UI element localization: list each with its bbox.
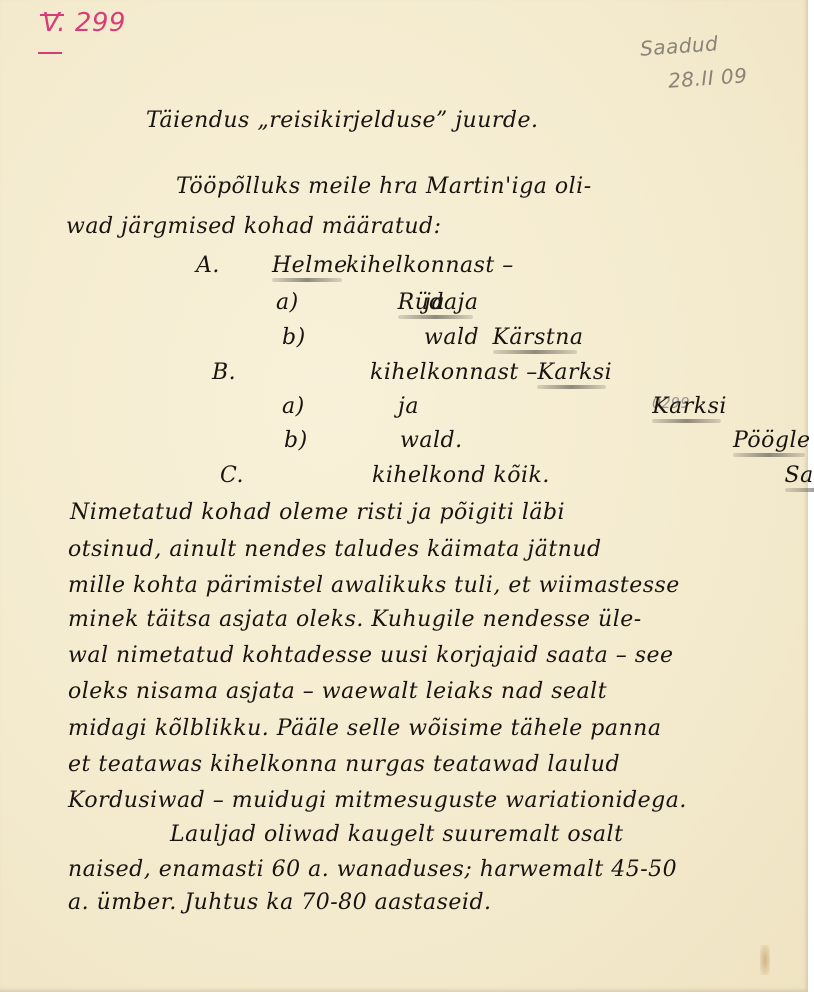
section-a-item-b-marker: b) xyxy=(282,325,306,350)
section-b-item-b-suffix: wald. xyxy=(400,428,463,453)
archive-mark-overline xyxy=(40,14,64,16)
section-a-parish-suffix: kihelkonnast – xyxy=(346,253,514,278)
received-note-word: Saadud xyxy=(639,31,719,60)
manuscript-page: V. 299 Saadud 28.II 09 0299 Täiendus „re… xyxy=(0,0,808,992)
section-b-item-a-suffix: ja xyxy=(398,394,419,419)
archive-mark: V. 299 xyxy=(42,8,126,38)
intro-line-2: wad järgmised kohad määratud: xyxy=(66,214,442,239)
body-line: Nimetatud kohad oleme risti ja põigiti l… xyxy=(70,500,565,525)
section-b-item-b-name: Pöögle xyxy=(733,428,811,453)
section-b-item-b-marker: b) xyxy=(284,428,308,453)
section-a-parish: Helme xyxy=(272,253,348,278)
archive-mark-underline xyxy=(38,52,62,54)
body-line: Kordusiwad – muidugi mitmesuguste wariat… xyxy=(68,788,687,813)
section-letter-a: A. xyxy=(196,253,220,278)
section-letter-c: C. xyxy=(220,463,244,488)
body-line: minek täitsa asjata oleks. Kuhugile nend… xyxy=(68,607,642,632)
body-line: otsinud, ainult nendes taludes käimata j… xyxy=(68,537,602,562)
received-note-date: 28.II 09 xyxy=(667,63,748,92)
section-letter-b: B. xyxy=(212,360,236,385)
body-line: naised, enamasti 60 a. wanaduses; harwem… xyxy=(68,857,677,882)
section-a-item-b-suffix: wald xyxy=(424,325,479,350)
section-b-item-a-name: Karksi xyxy=(652,394,727,419)
section-a-item-a-suffix: ja xyxy=(424,290,445,315)
body-line: a. ümber. Juhtus ka 70-80 aastaseid. xyxy=(68,890,492,915)
body-line: mille kohta pärimistel awalikuks tuli, e… xyxy=(68,573,680,598)
body-line: et teatawas kihelkonna nurgas teatawad l… xyxy=(68,752,620,777)
section-a-item-a-marker: a) xyxy=(276,290,299,315)
section-a-item-b-name: Kärstna xyxy=(493,325,584,350)
body-line: oleks nisama asjata – waewalt leiaks nad… xyxy=(68,679,607,704)
body-line: wal nimetatud kohtadesse uusi korjajaid … xyxy=(68,643,674,668)
paper-stain xyxy=(760,945,770,975)
body-line: Lauljad oliwad kaugelt suuremalt osalt xyxy=(170,822,623,847)
section-b-parish-suffix: kihelkonnast – xyxy=(370,360,538,385)
document-title: Täiendus „reisikirjelduse” juurde. xyxy=(146,108,538,133)
body-line: midagi kõlblikku. Pääle selle wõisime tä… xyxy=(68,716,661,741)
section-c-parish-suffix: kihelkond kõik. xyxy=(372,463,550,488)
section-b-item-a-marker: a) xyxy=(282,394,305,419)
section-b-parish: Karksi xyxy=(537,360,612,385)
section-c-parish: Saarde xyxy=(785,463,814,488)
intro-line-1: Tööpõlluks meile hra Martin'iga oli- xyxy=(176,174,592,199)
